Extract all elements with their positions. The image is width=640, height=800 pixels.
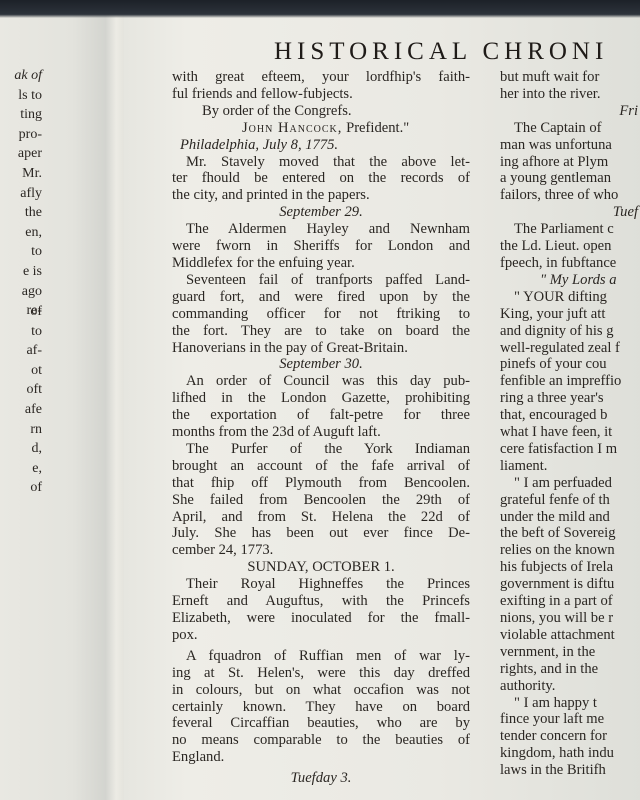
date-heading-sep29: September 29. [172,204,470,221]
text-line: months from the 23d of Auguft laft. [172,424,470,441]
text-line: The Captain of [500,120,640,137]
text-line: feveral Circaffian beauties, who are by [172,715,470,732]
text-line: the Ld. Lieut. open [500,238,640,255]
text-line: authority. [500,678,640,695]
text-line: fenfible an impreffio [500,373,640,390]
text-line: government is diftu [500,576,640,593]
text-fragment: ting [0,105,42,125]
text-line: " YOUR difting [500,289,640,306]
main-column: with great efteem, your lordfhip's faith… [172,69,470,787]
text-line: the beft of Sovereig [500,525,640,542]
paragraph-captain: The Captain ofman was unfortunaing afhor… [500,120,640,205]
text-line: Seventeen fail of tranfports paffed Land… [172,272,470,289]
text-line: vernment, in the [500,644,640,661]
text-line: that, encouraged b [500,407,640,424]
text-line: " I am perfuaded [500,475,640,492]
text-line: A fquadron of Ruffian men of war ly- [172,648,470,665]
date-heading-oct1: SUNDAY, OCTOBER 1. [172,559,470,576]
paragraph-stavely: Mr. Stavely moved that the above let-ter… [172,154,470,205]
signature: John Hancock, Prefident." [172,120,470,137]
text-fragment: of [0,478,42,498]
text-fragment: rn [0,420,42,440]
text-line: commanding officer for not ftriking to [172,306,470,323]
text-line: man was unfortuna [500,137,640,154]
text-fragment: aper [0,144,42,164]
dateline: Philadelphia, July 8, 1775. [172,137,470,154]
right-column: but muft wait forher into the river. Fri… [500,69,640,779]
text-fragment: to [0,322,42,342]
text-line: under the mild and [500,509,640,526]
text-line: certainly known. They have on board [172,699,470,716]
text-line: July. She has been out ever fince De- [172,525,470,542]
text-line: pinefs of your cou [500,356,640,373]
text-line: were fworn in Sheriffs for London and [172,238,470,255]
signature-title: Prefident." [346,120,409,136]
text-line: her into the river. [500,86,640,103]
paragraph-parliament: The Parliament cthe Ld. Lieut. openfpeec… [500,221,640,272]
text-fragment: af- [0,341,42,361]
date-heading-friday: Fri [500,103,640,120]
text-line: rights, and in the [500,661,640,678]
text-fragment: ls to [0,86,42,106]
text-line: guard fort, and were fired upon by the [172,289,470,306]
text-line: pox. [172,627,470,644]
text-fragment: d, [0,439,42,459]
text-line: Their Royal Highneffes the Princes [172,576,470,593]
text-line: Erneft and Auguftus, with the Princefs [172,593,470,610]
text-line: tender concern for [500,728,640,745]
paragraph-transports: Seventeen fail of tranfports paffed Land… [172,272,470,357]
paragraph-speech-persuaded: " I am perfuadedgrateful fenfe of thunde… [500,475,640,695]
text-fragment: to [0,242,42,262]
text-line: exifting in a part of [500,593,640,610]
date-heading-tuesday-right: Tuef [500,204,640,221]
text-line: fpeech, in fubftance [500,255,640,272]
text-line: She failed from Bencoolen the 29th of [172,492,470,509]
text-fragment: the [0,203,42,223]
paragraph-council: An order of Council was this day pub-lif… [172,373,470,441]
text-line: ring a three year's [500,390,640,407]
text-line: in colours, but on what occafion was not [172,682,470,699]
text-line: well-regulated zeal f [500,340,640,357]
text-line: King, your juft att [500,306,640,323]
text-fragment: pro- [0,125,42,145]
book-shadow [0,0,640,18]
text-fragment: e is [0,262,42,282]
paragraph-purser: The Purfer of the York Indiamanbrought a… [172,441,470,559]
text-fragment: afe [0,400,42,420]
text-line: The Aldermen Hayley and Newnham [172,221,470,238]
text-line: ful friends and fellow-fubjects. [172,86,470,103]
text-fragment: Mr. [0,164,42,184]
text-line: lifhed in the London Gazette, prohibitin… [172,390,470,407]
text-line: relies on the known [500,542,640,559]
text-line: and dignity of his g [500,323,640,340]
text-line: but muft wait for [500,69,640,86]
date-heading-tuesday: Tuefday 3. [172,770,470,787]
text-line: the fort. They are to take on board the [172,323,470,340]
running-head: HISTORICAL CHRONI [274,38,608,66]
paragraph-continuation: but muft wait forher into the river. [500,69,640,103]
letter-closing: with great efteem, your lordfhip's faith… [172,69,470,103]
text-line: The Purfer of the York Indiaman [172,441,470,458]
text-line: with great efteem, your lordfhip's faith… [172,69,470,86]
paragraph-speech-happy: " I am happy tfince your laft metender c… [500,695,640,780]
left-page: ak ofls totingpro-aperMr.aflytheen,toe i… [0,0,132,800]
text-fragment: of [0,302,42,322]
text-line: kingdom, hath indu [500,745,640,762]
text-line: nions, you will be r [500,610,640,627]
text-line: Middlefex for the enfuing year. [172,255,470,272]
text-line: laws in the Britifh [500,762,640,779]
left-page-text-fragment: ak ofls totingpro-aperMr.aflytheen,toe i… [0,66,42,321]
date-heading-sep30: September 30. [172,356,470,373]
text-line: Elizabeth, were inoculated for the fmall… [172,610,470,627]
signoff: By order of the Congrefs. [172,103,470,120]
text-line: a young gentleman [500,170,640,187]
paragraph-squadron: A fquadron of Ruffian men of war ly-ing … [172,648,470,766]
text-line: what I have feen, it [500,424,640,441]
paragraph-royal: Their Royal Highneffes the PrincesErneft… [172,576,470,644]
text-line: cember 24, 1773. [172,542,470,559]
text-line: ing at St. Helen's, were this day dreffe… [172,665,470,682]
text-line: ing afhore at Plym [500,154,640,171]
text-line: the exportation of falt-petre for three [172,407,470,424]
paragraph-speech-your: " YOUR diftingKing, your juft attand dig… [500,289,640,475]
text-line: liament. [500,458,640,475]
text-fragment: ago [0,282,42,302]
text-line: England. [172,749,470,766]
paragraph-aldermen: The Aldermen Hayley and Newnhamwere fwor… [172,221,470,272]
text-fragment: oft [0,380,42,400]
text-line: Mr. Stavely moved that the above let- [172,154,470,171]
text-line: fince your laft me [500,711,640,728]
text-fragment: afly [0,184,42,204]
text-line: failors, three of who [500,187,640,204]
text-line: The Parliament c [500,221,640,238]
text-line: brought an account of the fafe arrival o… [172,458,470,475]
text-fragment: e, [0,459,42,479]
text-line: ter fhould be entered on the records of [172,170,470,187]
text-line: violable attachment [500,627,640,644]
text-fragment: en, [0,223,42,243]
text-line: " I am happy t [500,695,640,712]
text-line: grateful fenfe of th [500,492,640,509]
signature-name: John Hancock, [242,120,342,136]
text-line: the city, and printed in the papers. [172,187,470,204]
text-fragment: ot [0,361,42,381]
text-line: April, and from St. Helena the 22d of [172,509,470,526]
text-line: no means comparable to the beauties of [172,732,470,749]
text-line: cere fatisfaction I m [500,441,640,458]
text-line: that fhip off Plymouth from Bencoolen. [172,475,470,492]
text-fragment: ak of [0,66,42,86]
text-line: his fubjects of Irela [500,559,640,576]
speech-salutation: " My Lords a [500,272,640,289]
left-page-text-fragment-lower: oftoaf-otoftafernd,e,of [0,302,42,498]
text-line: Hanoverians in the pay of Great-Britain. [172,340,470,357]
text-line: An order of Council was this day pub- [172,373,470,390]
